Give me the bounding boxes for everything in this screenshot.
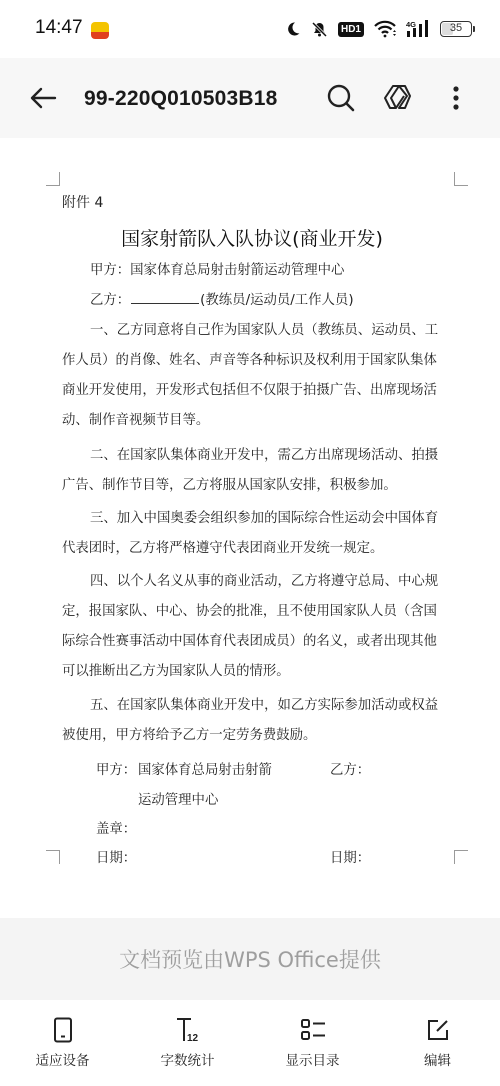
- document-page[interactable]: 附件 4 国家射箭队入队协议(商业开发) 甲方：国家体育总局射击射箭运动管理中心…: [0, 138, 500, 918]
- party-a-line: 甲方：国家体育总局射击射箭运动管理中心: [90, 259, 344, 278]
- moon-icon: [285, 18, 301, 40]
- app-bar: 99-220Q010503B18: [0, 58, 500, 138]
- wps-share-button[interactable]: [383, 82, 415, 114]
- paragraph-line: 可以推断出乙方为国家队人员的情形。: [62, 660, 290, 679]
- word-count-label: 字数统计: [161, 1049, 215, 1069]
- more-vertical-icon: [440, 82, 472, 114]
- paragraph-line: 三、加入中国奥委会组织参加的国际综合性运动会中国体育: [90, 507, 438, 526]
- page-corner-bottom-left: [46, 850, 60, 864]
- paragraph-line: 商业开发使用，开发形式包括但不仅限于拍摄广告、出席现场活: [62, 379, 437, 398]
- paragraph-line: 代表团时，乙方将严格遵守代表团商业开发统一规定。: [62, 537, 383, 556]
- page-corner-bottom-right: [454, 850, 468, 864]
- fit-device-button[interactable]: 适应设备: [0, 1000, 125, 1086]
- back-button[interactable]: [28, 84, 60, 112]
- signature-party-a-label: 甲方：: [96, 759, 136, 778]
- status-icons: HD1 4G 35: [285, 18, 472, 40]
- show-toc-button[interactable]: 显示目录: [250, 1000, 375, 1086]
- wifi-icon: [374, 18, 396, 40]
- document-heading: 国家射箭队入队协议(商业开发): [62, 224, 442, 251]
- bell-muted-icon: [311, 18, 328, 40]
- paragraph-line: 一、乙方同意将自己作为国家队人员（教练员、运动员、工: [90, 319, 438, 338]
- signature-party-b-label: 乙方：: [330, 759, 370, 778]
- signature-party-a-name: 国家体育总局射击射箭: [138, 759, 272, 778]
- table-of-contents-icon: [300, 1017, 326, 1043]
- paragraph-line: 广告、制作节目等，乙方将服从国家队安排，积极参加。: [62, 474, 397, 493]
- arrow-left-icon: [28, 84, 60, 112]
- more-options-button[interactable]: [440, 82, 472, 114]
- status-time: 14:47: [35, 17, 83, 39]
- paragraph-line: 二、在国家队集体商业开发中，需乙方出席现场活动、拍摄: [90, 444, 438, 463]
- search-button[interactable]: [325, 82, 357, 114]
- hd-icon: HD1: [338, 18, 364, 40]
- seal-label: 盖章：: [96, 818, 136, 837]
- edit-button[interactable]: 编辑: [375, 1000, 500, 1086]
- phone-fit-icon: [50, 1017, 76, 1043]
- page-corner-top-left: [46, 172, 60, 186]
- attachment-label: 附件 4: [62, 192, 103, 212]
- paragraph-line: 定，报国家队、中心、协会的批准，且不使用国家队人员（含国: [62, 600, 437, 619]
- date-label-party-a: 日期：: [96, 847, 136, 866]
- paragraph-line: 五、在国家队集体商业开发中，如乙方实际参加活动或权益: [90, 694, 438, 713]
- wps-share-icon: [383, 82, 415, 114]
- notification-app-icon: [91, 22, 109, 39]
- wps-preview-text: 文档预览由WPS Office提供: [119, 944, 381, 974]
- show-toc-label: 显示目录: [286, 1049, 340, 1069]
- signal-4g-icon: 4G: [406, 18, 430, 40]
- word-count-icon: 12: [175, 1017, 201, 1043]
- page-corner-top-right: [454, 172, 468, 186]
- party-b-line: 乙方：(教练员/运动员/工作人员): [90, 289, 354, 308]
- svg-text:4G: 4G: [406, 20, 416, 29]
- paragraph-line: 动、制作音视频节目等。: [62, 409, 209, 428]
- bottom-toolbar: 适应设备 12 字数统计 显示目录 编辑: [0, 1000, 500, 1086]
- paragraph-line: 四、以个人名义从事的商业活动，乙方将遵守总局、中心规: [90, 570, 438, 589]
- svg-text:12: 12: [187, 1033, 199, 1043]
- paragraph-line: 被使用，甲方将给予乙方一定劳务费鼓励。: [62, 724, 316, 743]
- edit-label: 编辑: [424, 1049, 451, 1069]
- date-label-party-b: 日期：: [330, 847, 370, 866]
- signature-party-a-name-line2: 运动管理中心: [138, 789, 218, 808]
- search-icon: [325, 82, 357, 114]
- status-bar: 14:47 HD1 4G 35: [0, 0, 500, 58]
- party-b-blank: [131, 292, 199, 304]
- battery-icon: 35: [440, 18, 472, 40]
- word-count-button[interactable]: 12 字数统计: [125, 1000, 250, 1086]
- edit-icon: [425, 1017, 451, 1043]
- document-title: 99-220Q010503B18: [84, 87, 278, 111]
- paragraph-line: 作人员）的肖像、姓名、声音等各种标识及权利用于国家队集体: [62, 349, 437, 368]
- fit-device-label: 适应设备: [36, 1049, 90, 1069]
- wps-preview-banner: 文档预览由WPS Office提供: [0, 918, 500, 1000]
- paragraph-line: 际综合性赛事活动中国体育代表团成员）的名义，或者出现其他: [62, 630, 437, 649]
